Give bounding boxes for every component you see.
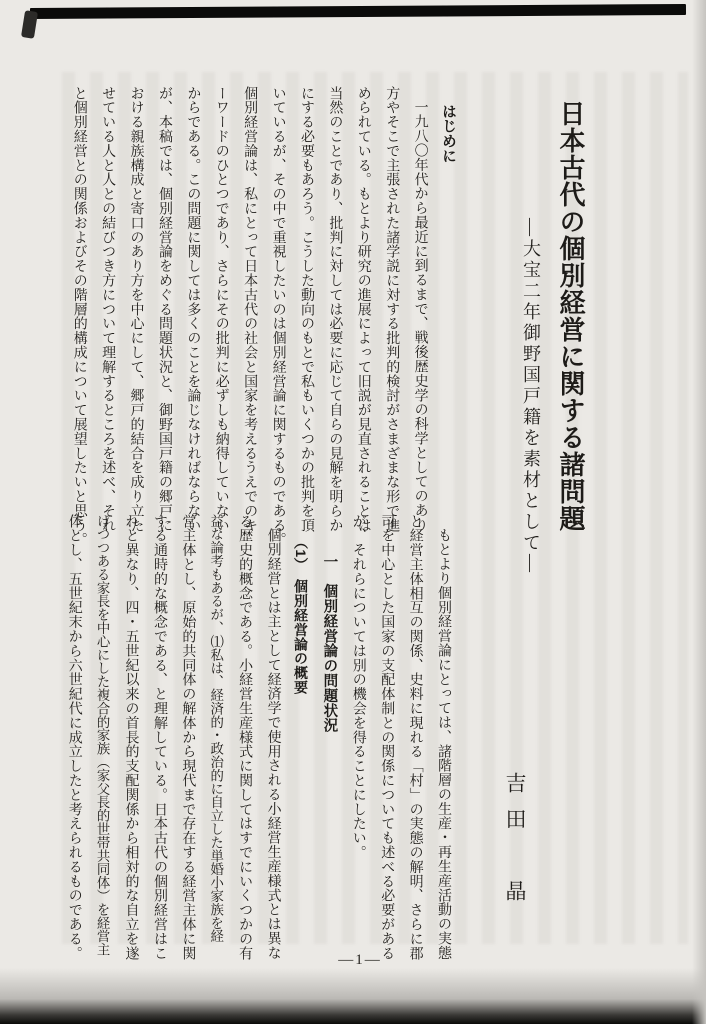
- text-line: れと異なり、四・五世紀以来の首長的支配関係から相対的な自立を遂: [116, 514, 144, 958]
- text-line: と個別経営との関係およびその階層的構成について展望したいと思う。: [64, 86, 92, 526]
- text-line: おける親族構成と寄口のあり方を中心にして、郷戸的結合を成り立た: [121, 86, 149, 526]
- text-line: る歴史的概念である。小経営生産様式に関してはすでにいくつかの有: [230, 514, 258, 958]
- body-section: もとより個別経営論にとっては、諸階層の生産・再生産活動の実態 と経営主体相互の関…: [57, 514, 457, 958]
- scanned-page-background: 日本古代の個別経営に関する諸問題 ―大宝二年御野国戸籍を素材として― 吉田 晶 …: [0, 0, 706, 1024]
- text-line: 個別経営とは主として経済学で使用される小経営生産様式とは異な: [258, 514, 286, 958]
- section-heading: 一 個別経営論の問題状況: [315, 514, 343, 958]
- page-number: ―1―: [0, 952, 706, 969]
- text-line: 営主体とし、原始的共同体の解体から現代まで存在する経営主体に関: [173, 514, 201, 958]
- text-line: が、本稿では、個別経営論をめぐる問題状況と、御野国戸籍の郷戸に: [150, 86, 178, 526]
- text-line: もとより個別経営論にとっては、諸階層の生産・再生産活動の実態: [429, 514, 457, 958]
- text-line: 体とし、五世紀末から六世紀代に成立したと考えられるものである。: [59, 514, 87, 958]
- text-line: からである。この問題に関しては多くのことを論じなければならない: [178, 86, 206, 526]
- text-line: 方やそこで主張された諸学説に対する批判的検討がさまざまな形で進: [377, 86, 405, 526]
- text-line: められている。もとより研究の進展によって旧説が見直されることは: [348, 86, 376, 526]
- paper-subtitle: ―大宝二年御野国戸籍を素材として―: [514, 100, 548, 630]
- paper-title: 日本古代の個別経営に関する諸問題: [548, 100, 592, 630]
- text-line: 一九八〇年代から最近に到るまで、戦後歴史学の科学としてのあり: [405, 86, 433, 526]
- intro-heading: はじめに: [434, 86, 462, 526]
- subsection-heading: （1） 個別経営論の概要: [287, 514, 315, 958]
- text-line: する通時的な概念である、と理解している。日本古代の個別経営はこ: [145, 514, 173, 958]
- intro-section: はじめに 一九八〇年代から最近に到るまで、戦後歴史学の科学としてのあり 方やそこ…: [58, 86, 462, 526]
- scan-corner-mark: [21, 10, 38, 39]
- text-line: せている人と人との結びつき方について理解するところを述べ、それ: [93, 86, 121, 526]
- text-line: にする必要もあろう。こうした動向のもとで私もいくつかの批判を頂: [292, 86, 320, 526]
- text-line: 当然のことであり、批判に対しては必要に応じて自らの見解を明らか: [320, 86, 348, 526]
- scan-edge-shadow-bottom: [0, 968, 706, 1024]
- title-block: 日本古代の個別経営に関する諸問題 ―大宝二年御野国戸籍を素材として―: [512, 100, 592, 630]
- scan-edge-bar-top: [30, 4, 686, 19]
- text-line: いているが、その中で重視したいのは個別経営論に関するものである。: [263, 86, 291, 526]
- text-line: ーワードのひとつであり、さらにその批判に必ずしも納得していない: [206, 86, 234, 526]
- text-line: と経営主体相互の関係、史料に現れる「村」の実態の解明、さらに郡: [400, 514, 428, 958]
- text-line: げつつある家長を中心にした複合的家族（家父長的世帯共同体）を経営主: [88, 514, 116, 958]
- scan-edge-shadow-right: [692, 0, 706, 1024]
- text-line: 司を中心とした国家の支配体制との関係についても述べる必要がある: [372, 514, 400, 958]
- text-line: 益な論考もあるが、⑴私は、経済的・政治的に自立した単婚小家族を経: [201, 514, 229, 958]
- text-line: が、それらについては別の機会を得ることにしたい。: [343, 514, 371, 958]
- text-line: 個別経営論は、私にとって日本古代の社会と国家を考えるうえでのキ: [235, 86, 263, 526]
- author-name: 吉田 晶: [500, 772, 530, 932]
